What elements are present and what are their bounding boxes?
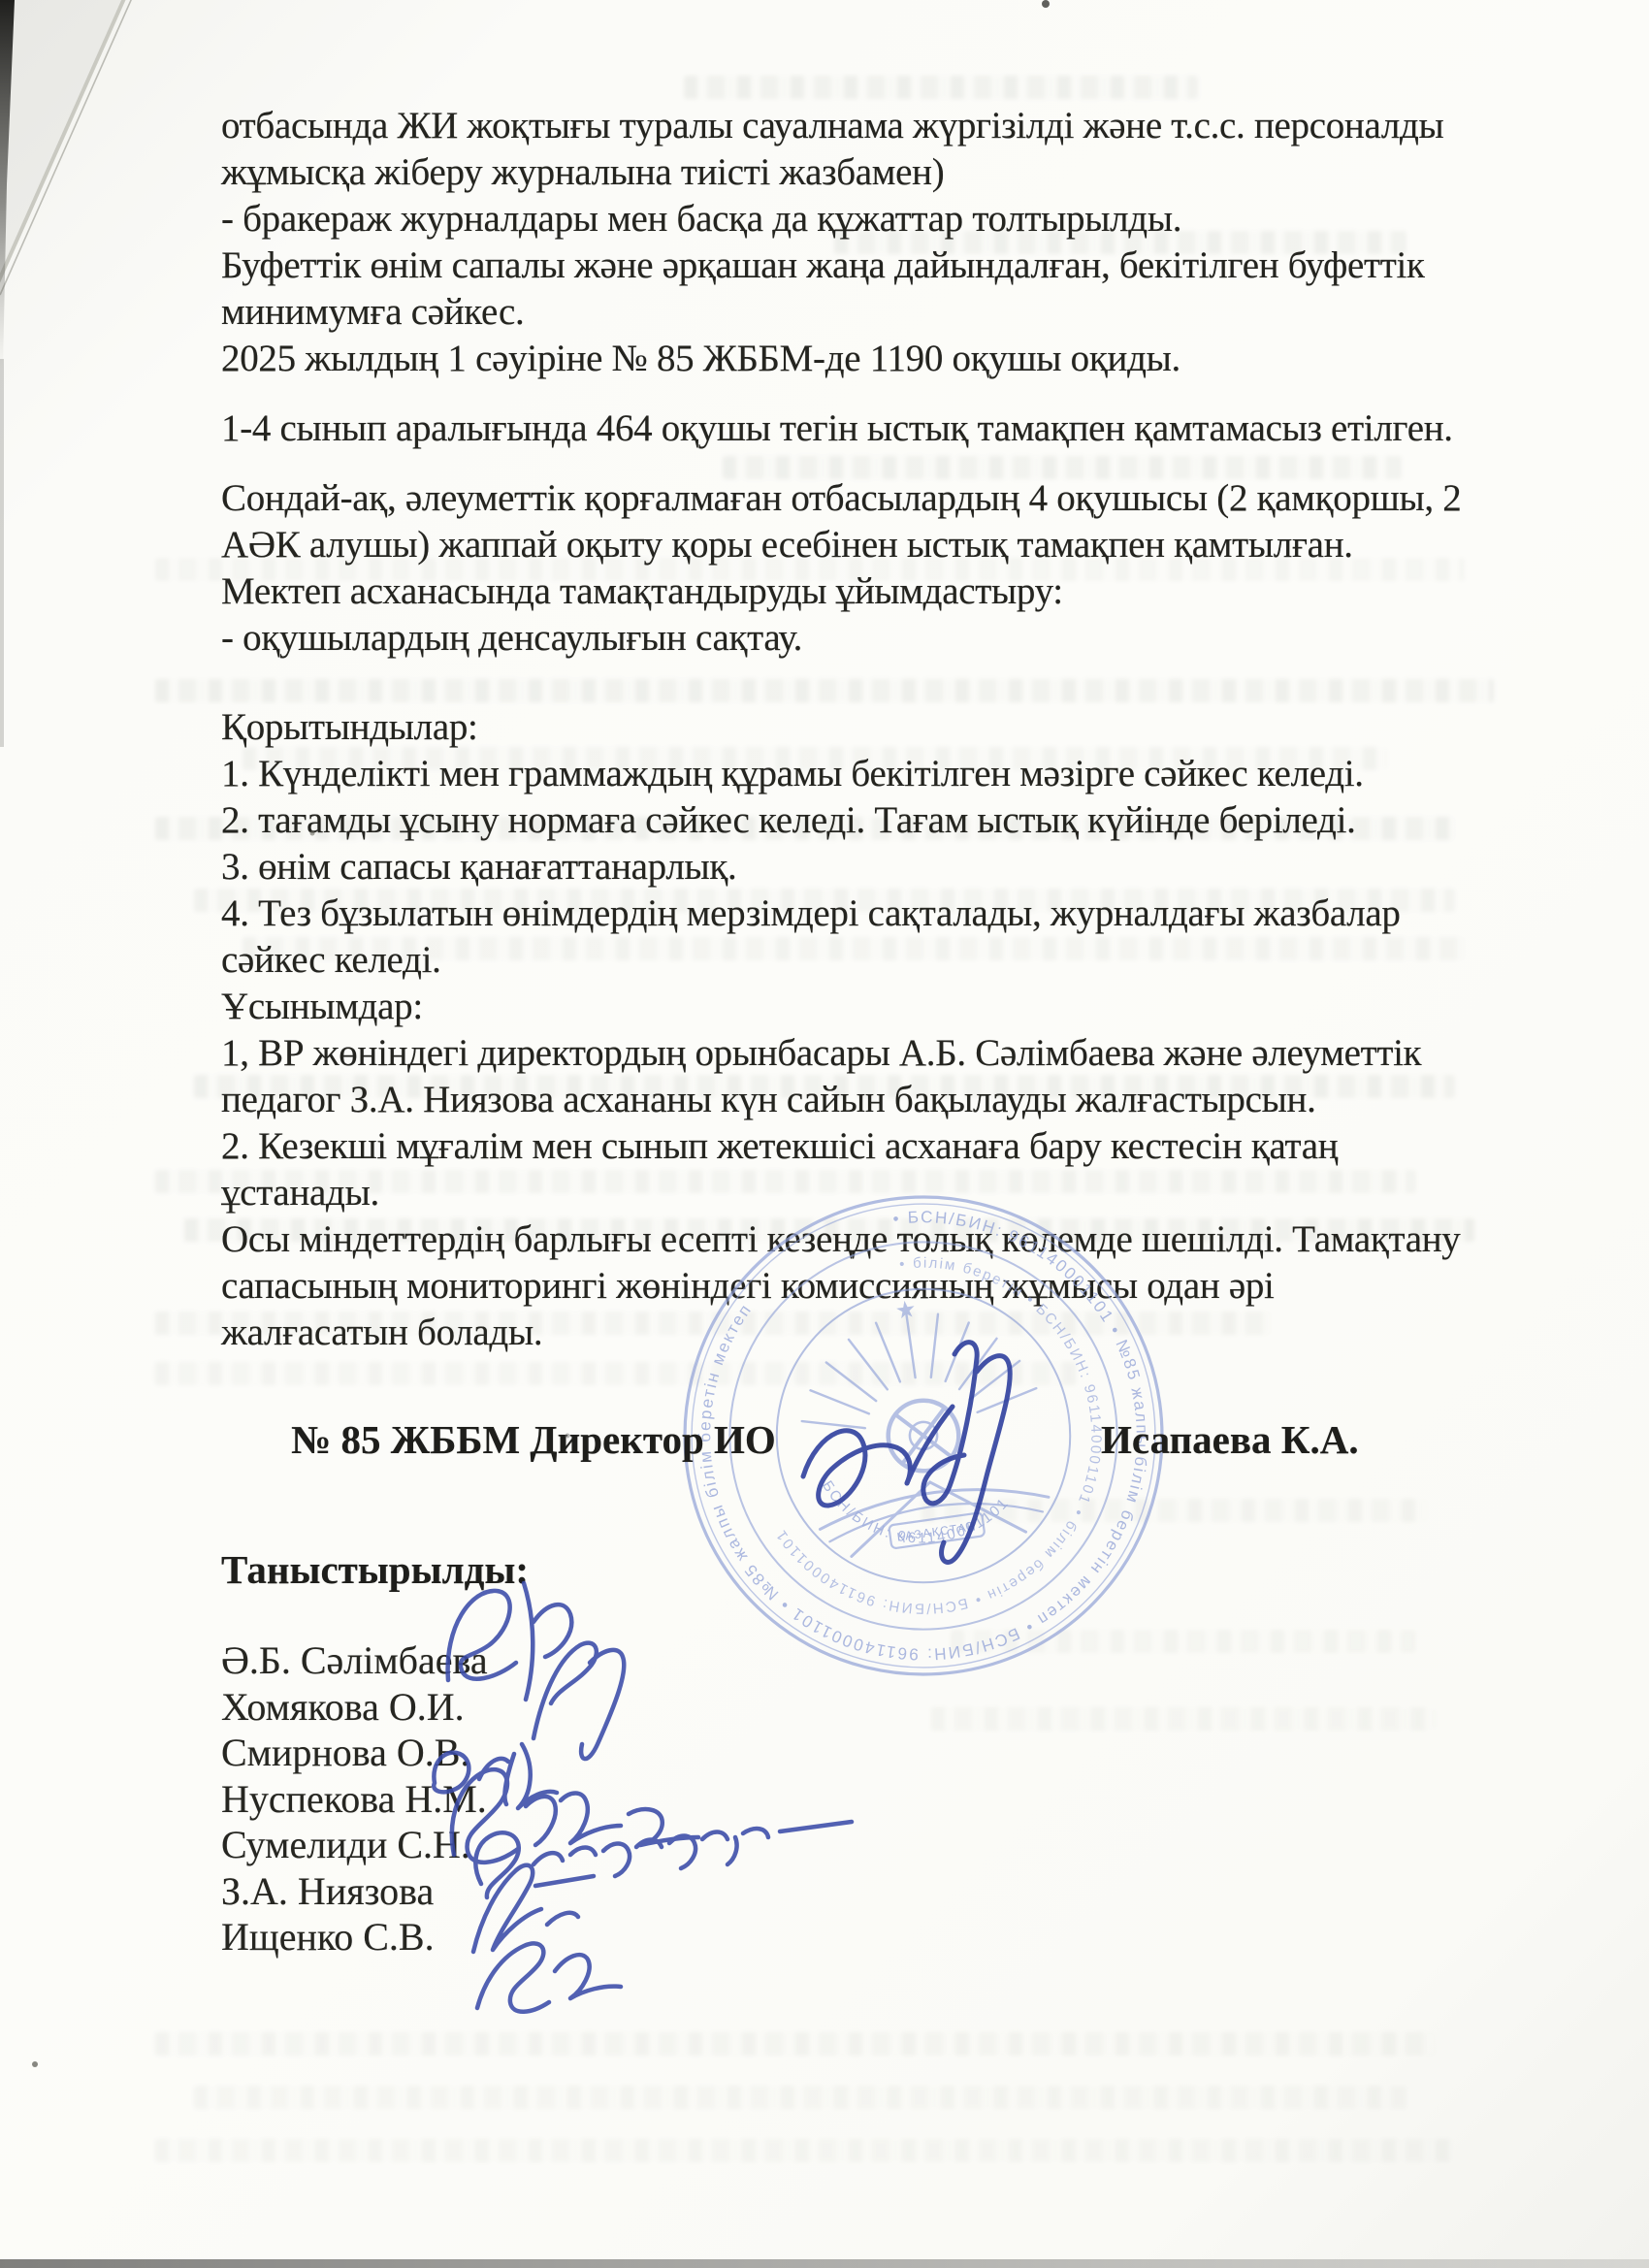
page-edge-faint [0, 359, 4, 747]
conclusion-item: 3. өнім сапасы қанағаттанарлық. [221, 844, 1579, 891]
paragraph: Сондай-ақ, әлеуметтік қорғалмаған отбасы… [221, 475, 1579, 568]
signature-ishchenko [477, 1943, 621, 2011]
scanned-report-page: отбасында ЖИ жоқтығы туралы сауалнама жү… [0, 0, 1649, 2268]
signature-khomyakova [533, 1643, 624, 1759]
signature-sumelidi [475, 1822, 852, 1897]
acknowledgement-signatures [388, 1562, 1067, 2066]
bottom-edge-line [0, 2259, 1649, 2268]
fold-crease-shadow [0, 0, 132, 295]
recommendations-heading: Ұсынымдар: [221, 984, 1579, 1030]
speck [1042, 0, 1050, 8]
paragraph: Буфеттік өнім сапалы және әрқашан жаңа д… [221, 243, 1579, 336]
paragraph: - бракераж журналдары мен басқа да құжат… [221, 196, 1579, 243]
bleed-through-artifact [684, 76, 1198, 99]
paragraph: отбасында ЖИ жоқтығы туралы сауалнама жү… [221, 103, 1579, 196]
paragraph: 1-4 сынып аралығында 464 оқушы тегін ыст… [221, 405, 1579, 452]
recommendation-item: 1, ВР жөніндегі директордың орынбасары А… [221, 1030, 1579, 1123]
conclusion-item: 2. тағамды ұсыну нормаға сәйкес келеді. … [221, 797, 1579, 844]
fold-crease [0, 0, 126, 291]
conclusion-item: 4. Тез бұзылатын өнімдердің мерзімдері с… [221, 891, 1579, 984]
page-edge-dark [0, 0, 15, 369]
signature-niyazova [473, 1865, 594, 1952]
report-body: отбасында ЖИ жоқтығы туралы сауалнама жү… [221, 103, 1579, 1356]
conclusions-heading: Қорытындылар: [221, 704, 1579, 751]
paragraph: Мектеп асханасында тамақтандыруды ұйымда… [221, 568, 1579, 615]
director-title: № 85 ЖББМ Директор ИО [291, 1416, 776, 1463]
director-signature [764, 1312, 1065, 1593]
paragraph: - оқушылардың денсаулығын сақтау. [221, 615, 1579, 662]
conclusion-item: 1. Күнделікті мен граммаждың құрамы бекі… [221, 751, 1579, 797]
paragraph: 2025 жылдың 1 сәуіріне № 85 ЖББМ-де 1190… [221, 336, 1579, 382]
bleed-through-artifact [155, 2139, 1455, 2162]
director-name: Исапаева К.А. [1101, 1416, 1359, 1463]
folded-corner-shade [0, 0, 124, 283]
bleed-through-artifact [194, 2086, 1406, 2109]
speck [32, 2061, 38, 2067]
